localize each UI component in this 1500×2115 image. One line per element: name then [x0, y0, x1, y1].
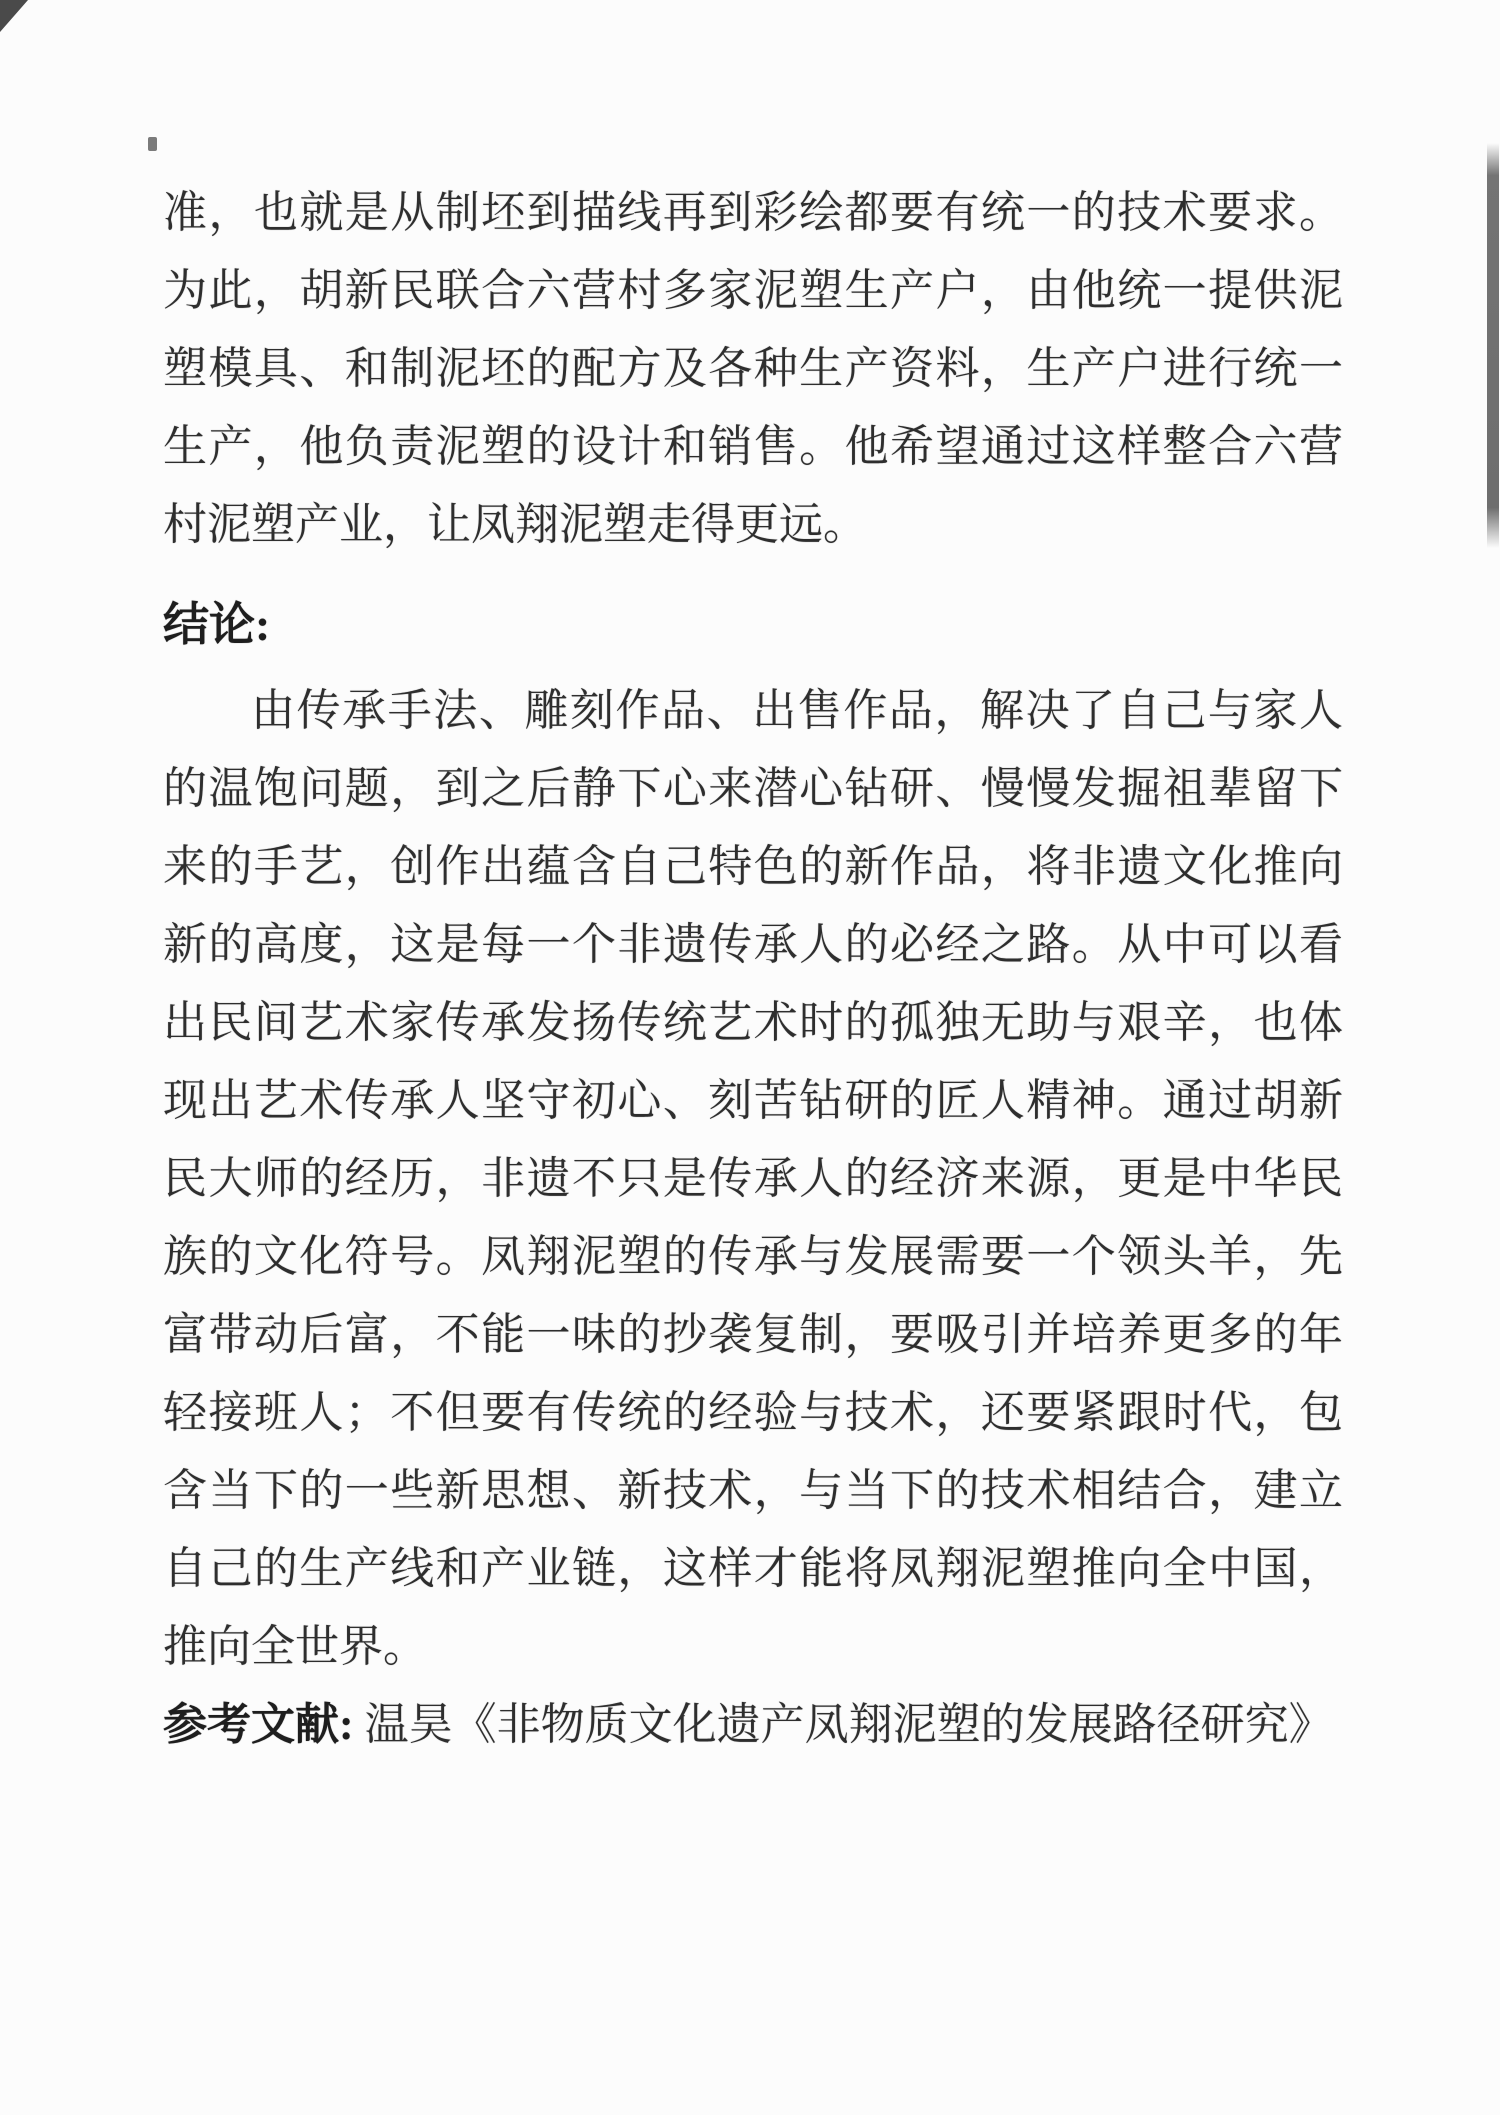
document-body: 准，也就是从制坯到描线再到彩绘都要有统一的技术要求。 为此，胡新民联合六营村多家… [163, 174, 1343, 1764]
conclusion-paragraph: 由传承手法、雕刻作品、出售作品，解决了自己与家人 的温饱问题，到之后静下心来潜心… [163, 672, 1343, 1686]
paragraph-line: 来的手艺，创作出蕴含自己特色的新作品，将非遗文化推向 [163, 828, 1343, 906]
paragraph-line: 的温饱问题，到之后静下心来潜心钻研、慢慢发掘祖辈留下 [163, 750, 1343, 828]
paragraph-continuation: 准，也就是从制坯到描线再到彩绘都要有统一的技术要求。 为此，胡新民联合六营村多家… [163, 174, 1343, 564]
paragraph-line: 出民间艺术家传承发扬传统艺术时的孤独无助与艰辛，也体 [163, 984, 1343, 1062]
paragraph-line: 塑模具、和制泥坯的配方及各种生产资料，生产户进行统一 [163, 330, 1343, 408]
reference-line: 参考文献: 温昊《非物质文化遗产凤翔泥塑的发展路径研究》 [163, 1686, 1343, 1764]
paragraph-line: 推向全世界。 [163, 1608, 1343, 1686]
paragraph-line: 新的高度，这是每一个非遗传承人的必经之路。从中可以看 [163, 906, 1343, 984]
ink-speck [148, 137, 157, 151]
paragraph-line: 族的文化符号。凤翔泥塑的传承与发展需要一个领头羊，先 [163, 1218, 1343, 1296]
paragraph-line: 为此，胡新民联合六营村多家泥塑生产户，由他统一提供泥 [163, 252, 1343, 330]
page-edge-shadow [1487, 143, 1499, 548]
paragraph-line: 由传承手法、雕刻作品、出售作品，解决了自己与家人 [163, 672, 1343, 750]
paragraph-line: 富带动后富，不能一味的抄袭复制，要吸引并培养更多的年 [163, 1296, 1343, 1374]
reference-label: 参考文献: [163, 1700, 354, 1749]
photo-corner-artifact [0, 0, 28, 32]
paragraph-line: 轻接班人；不但要有传统的经验与技术，还要紧跟时代，包 [163, 1374, 1343, 1452]
reference-text: 温昊《非物质文化遗产凤翔泥塑的发展路径研究》 [365, 1700, 1333, 1749]
paragraph-line: 自己的生产线和产业链，这样才能将凤翔泥塑推向全中国， [163, 1530, 1343, 1608]
paragraph-line: 含当下的一些新思想、新技术，与当下的技术相结合，建立 [163, 1452, 1343, 1530]
paragraph-line: 民大师的经历，非遗不只是传承人的经济来源，更是中华民 [163, 1140, 1343, 1218]
document-page: 准，也就是从制坯到描线再到彩绘都要有统一的技术要求。 为此，胡新民联合六营村多家… [0, 0, 1500, 2115]
paragraph-line: 生产，他负责泥塑的设计和销售。他希望通过这样整合六营 [163, 408, 1343, 486]
paragraph-line: 现出艺术传承人坚守初心、刻苦钻研的匠人精神。通过胡新 [163, 1062, 1343, 1140]
conclusion-heading: 结论: [163, 586, 1343, 664]
paragraph-line: 准，也就是从制坯到描线再到彩绘都要有统一的技术要求。 [163, 174, 1343, 252]
paragraph-line: 村泥塑产业，让凤翔泥塑走得更远。 [163, 486, 1343, 564]
